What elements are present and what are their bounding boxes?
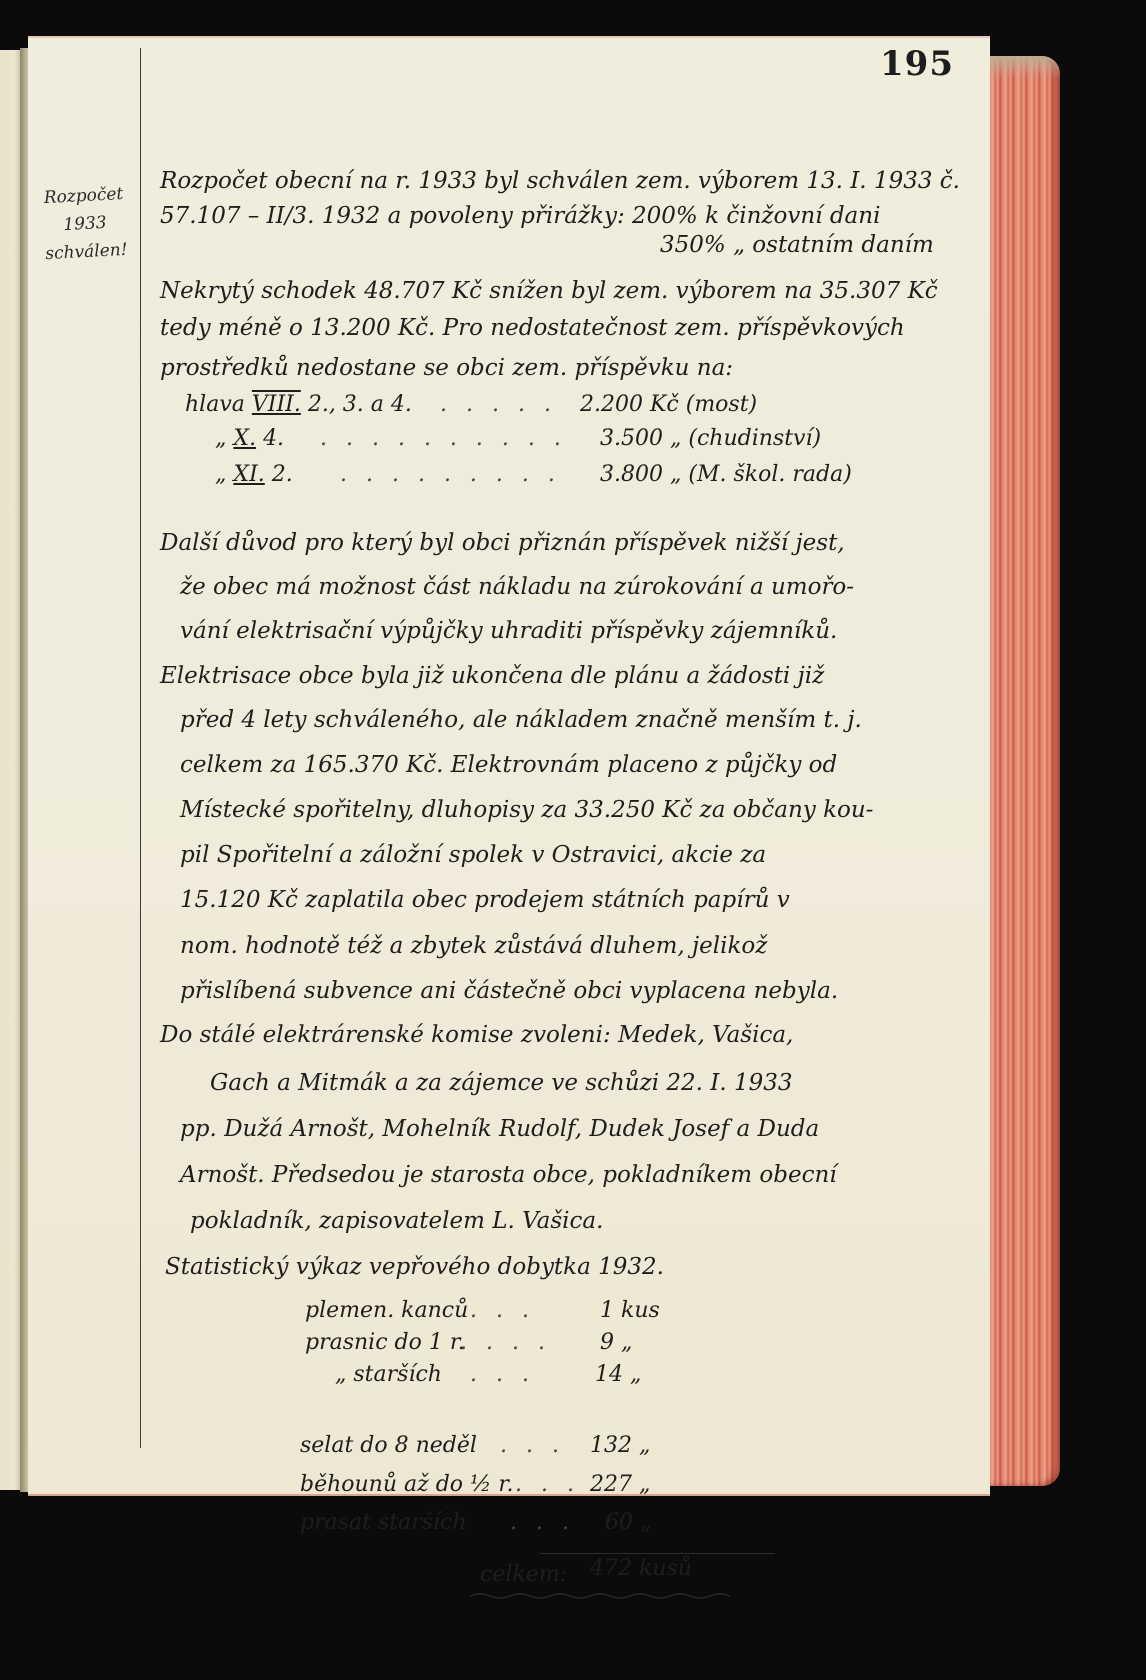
- budget-label: „: [215, 426, 226, 451]
- budget-chapter: XI.: [233, 462, 264, 487]
- livestock-category: selat do 8 neděl: [300, 1433, 477, 1458]
- text-line: přislíbená subvence ani částečně obci vy…: [180, 978, 838, 1004]
- livestock-total-value: 472: [590, 1556, 632, 1581]
- text-line: 15.120 Kč zaplatila obec prodejem státní…: [180, 887, 790, 913]
- livestock-unit: „: [630, 1362, 641, 1387]
- budget-chapter: X.: [233, 426, 256, 451]
- livestock-total-unit: kusů: [639, 1556, 692, 1581]
- text-line: Gach a Mitmák a za zájemce ve schůzi 22.…: [210, 1070, 793, 1096]
- budget-items: 4.: [263, 426, 284, 451]
- budget-chapter: VIII.: [252, 392, 301, 417]
- livestock-unit: „: [621, 1330, 632, 1355]
- budget-note: (chudinství): [688, 426, 821, 451]
- budget-label: „: [215, 462, 226, 487]
- livestock-category: prasat starších: [300, 1510, 467, 1535]
- budget-amount: 3.800 „: [600, 462, 681, 487]
- text-line: Arnošt. Předsedou je starosta obce, pokl…: [180, 1162, 837, 1188]
- budget-note: (M. škol. rada): [688, 462, 851, 487]
- text-line: že obec má možnost část nákladu na zúrok…: [180, 574, 854, 600]
- livestock-category: plemen. kanců: [305, 1298, 468, 1323]
- text-line: před 4 lety schváleného, ale nákladem zn…: [180, 707, 862, 733]
- livestock-unit: „: [640, 1510, 651, 1535]
- budget-amount-row: 3.500 „ (chudinství): [600, 426, 821, 451]
- livestock-count: 60: [605, 1510, 633, 1535]
- leader-dots: . . .: [470, 1362, 535, 1387]
- text-line: Rozpočet obecní na r. 1933 byl schválen …: [160, 168, 960, 194]
- livestock-count: 132: [590, 1433, 632, 1458]
- sum-rule: [540, 1553, 775, 1554]
- livestock-count-row: 132 „: [590, 1433, 650, 1458]
- livestock-count: 227: [590, 1472, 632, 1497]
- text-line: pokladník, zapisovatelem L. Vašica.: [190, 1208, 603, 1234]
- text-line: Nekrytý schodek 48.707 Kč snížen byl zem…: [160, 278, 938, 304]
- livestock-unit: „: [639, 1433, 650, 1458]
- margin-note: Rozpočet 1933 schválen!: [28, 179, 142, 269]
- livestock-count: 9: [600, 1330, 614, 1355]
- budget-items: 2.: [272, 462, 293, 487]
- statistics-heading: Statistický výkaz vepřového dobytka 1932…: [165, 1254, 664, 1280]
- livestock-count: 14: [595, 1362, 623, 1387]
- text-line: prostředků nedostane se obci zem. příspě…: [160, 355, 733, 381]
- budget-amount: 3.500 „: [600, 426, 681, 451]
- leader-dots: . . .: [515, 1472, 580, 1497]
- budget-label: hlava: [185, 392, 245, 417]
- budget-row: „ X. 4.: [215, 426, 284, 451]
- livestock-count-row: 1 kus: [600, 1298, 660, 1323]
- text-line: Do stálé elektrárenské komise zvoleni: M…: [160, 1022, 793, 1048]
- text-line: nom. hodnotě též a zbytek zůstává dluhem…: [180, 933, 767, 959]
- budget-amount-row: 3.800 „ (M. škol. rada): [600, 462, 852, 487]
- livestock-category: běhounů až do ½ r.: [300, 1472, 513, 1497]
- livestock-unit: „: [639, 1472, 650, 1497]
- budget-amount: 2.200 Kč: [580, 392, 679, 417]
- budget-row: „ XI. 2.: [215, 462, 293, 487]
- leader-dots: . . . .: [460, 1330, 551, 1355]
- leader-dots: . . .: [510, 1510, 575, 1535]
- livestock-count-row: 60 „: [605, 1510, 651, 1535]
- livestock-unit: kus: [621, 1298, 660, 1323]
- text-line: vání elektrisační výpůjčky uhraditi přís…: [180, 618, 837, 644]
- text-line: pp. Dužá Arnošt, Mohelník Rudolf, Dudek …: [180, 1116, 819, 1142]
- budget-items: 2., 3. a 4.: [308, 392, 412, 417]
- text-line: Elektrisace obce byla již ukončena dle p…: [160, 663, 824, 689]
- leader-dots: . . . . .: [440, 392, 557, 417]
- budget-amount-row: 2.200 Kč (most): [580, 392, 757, 417]
- livestock-count-row: 9 „: [600, 1330, 632, 1355]
- book-page-edges: [990, 56, 1060, 1486]
- livestock-category: „ starších: [335, 1362, 442, 1387]
- text-line: Místecké spořitelny, dluhopisy za 33.250…: [180, 797, 873, 823]
- text-line: 57.107 – II/3. 1932 a povoleny přirážky:…: [160, 203, 880, 229]
- margin-note-line: Rozpočet: [28, 179, 139, 213]
- budget-note: (most): [686, 392, 757, 417]
- leader-dots: . . . . . . . . . .: [320, 426, 567, 451]
- text-line: celkem za 165.370 Kč. Elektrovnám placen…: [180, 752, 837, 778]
- livestock-count-row: 227 „: [590, 1472, 650, 1497]
- livestock-total-label: celkem:: [480, 1562, 567, 1587]
- text-line: pil Spořitelní a záložní spolek v Ostrav…: [180, 842, 766, 868]
- leader-dots: . . .: [470, 1298, 535, 1323]
- livestock-category: prasnic do 1 r.: [305, 1330, 465, 1355]
- total-underline: [470, 1592, 730, 1600]
- leader-dots: . . .: [500, 1433, 565, 1458]
- text-line: 350% „ ostatním daním: [660, 232, 934, 258]
- livestock-total-row: 472 kusů: [590, 1556, 692, 1581]
- text-line: Další důvod pro který byl obci přiznán p…: [160, 530, 845, 556]
- text-line: tedy méně o 13.200 Kč. Pro nedostatečnos…: [160, 315, 905, 341]
- page-number: 195: [880, 44, 954, 84]
- margin-note-line: schválen!: [31, 235, 142, 269]
- budget-row: hlava VIII. 2., 3. a 4.: [185, 392, 412, 417]
- leader-dots: . . . . . . . . .: [340, 462, 561, 487]
- livestock-count-row: 14 „: [595, 1362, 641, 1387]
- livestock-count: 1: [600, 1298, 614, 1323]
